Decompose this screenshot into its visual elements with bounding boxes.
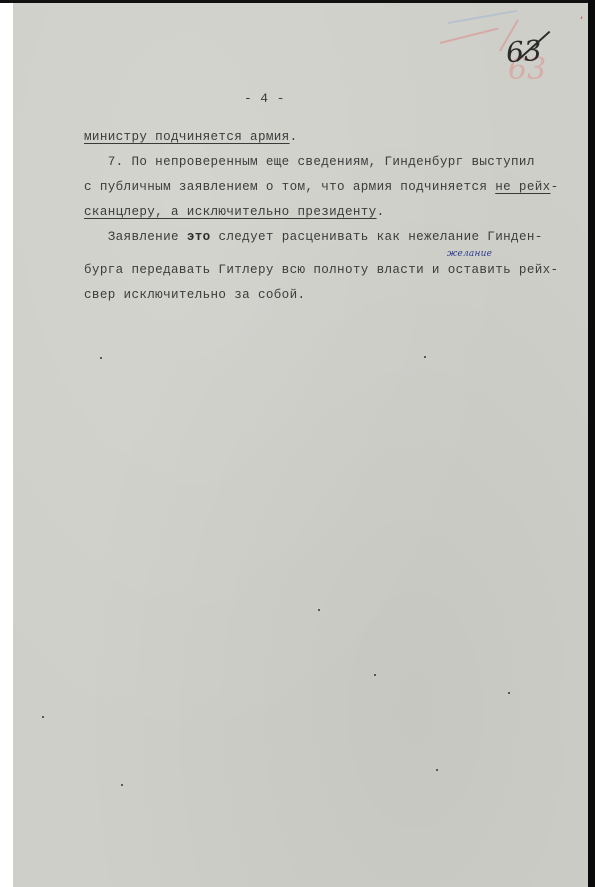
underlined-text: министру подчиняется армия xyxy=(84,130,290,144)
scan-right-border xyxy=(588,0,595,887)
paper-speck xyxy=(508,692,510,694)
archive-sheet-number: 63 xyxy=(505,34,543,69)
text-line-5: Заявление это следует расценивать как не… xyxy=(84,229,543,245)
paper-speck xyxy=(100,357,102,359)
text-line-2: 7. По непроверенным еще сведениям, Гинде… xyxy=(84,154,535,170)
text-line-3: с публичным заявлением о том, что армия … xyxy=(84,179,558,195)
text-line-6: бурга передавать Гитлеру всю полноту вла… xyxy=(84,262,558,278)
text-line-1: министру подчиняется армия. xyxy=(84,129,298,145)
handwritten-correction: желание xyxy=(447,249,492,259)
text-line-4: сканцлеру, а исключительно президенту. xyxy=(84,204,385,220)
paper-speck xyxy=(436,769,438,771)
paper-speck xyxy=(374,674,376,676)
underlined-text: не рейх xyxy=(495,180,550,194)
underlined-text: сканцлеру, а исключительно президенту xyxy=(84,205,377,219)
paper-speck xyxy=(121,784,123,786)
paper-speck xyxy=(424,356,426,358)
text-line-7: свер исключительно за собой. xyxy=(84,287,305,303)
corner-mark: , xyxy=(580,10,583,21)
paper-speck xyxy=(318,609,320,611)
page-number: - 4 - xyxy=(244,91,285,107)
paper-speck xyxy=(42,716,44,718)
